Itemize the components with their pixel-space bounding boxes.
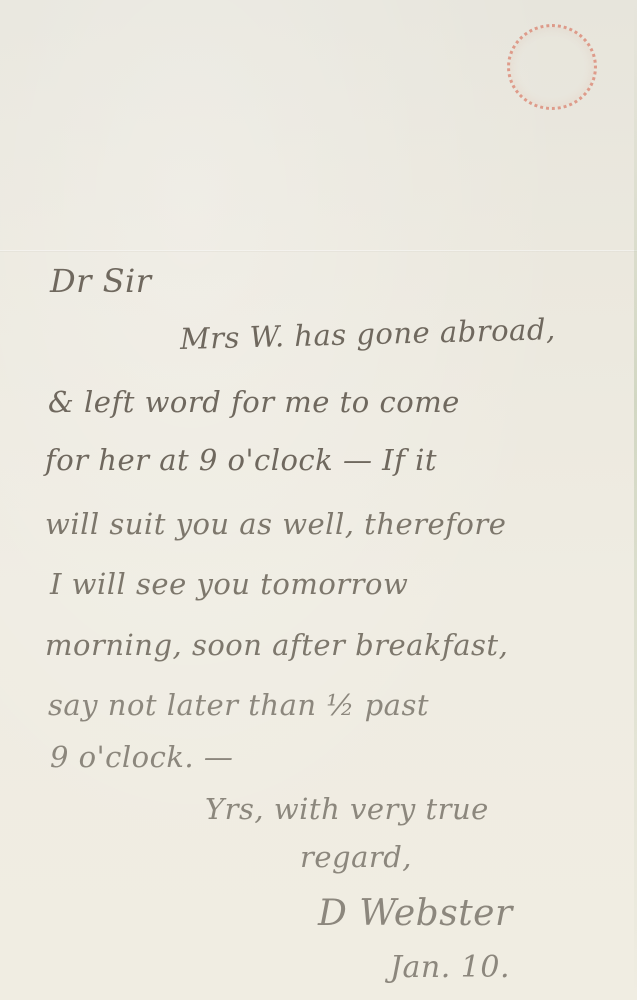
body-line-5: I will see you tomorrow [50, 567, 408, 601]
closing-line-2: regard, [300, 840, 412, 874]
body-line-2: & left word for me to come [48, 385, 460, 419]
wax-seal-mark [507, 24, 597, 110]
salutation: Dr Sir [50, 262, 152, 300]
paper-fold-line [0, 250, 637, 252]
body-line-6: morning, soon after breakfast, [45, 628, 508, 662]
body-line-1: Mrs W. has gone abroad, [180, 312, 556, 356]
letter-page: Dr Sir Mrs W. has gone abroad, & left wo… [0, 0, 637, 1000]
signature: D Webster [318, 893, 513, 934]
body-line-7: say not later than ½ past [48, 688, 429, 722]
date: Jan. 10. [390, 950, 510, 985]
body-line-8: 9 o'clock. — [50, 740, 233, 774]
body-line-4: will suit you as well, therefore [45, 507, 506, 541]
body-line-3: for her at 9 o'clock — If it [45, 443, 437, 477]
closing-line-1: Yrs, with very true [205, 792, 489, 826]
